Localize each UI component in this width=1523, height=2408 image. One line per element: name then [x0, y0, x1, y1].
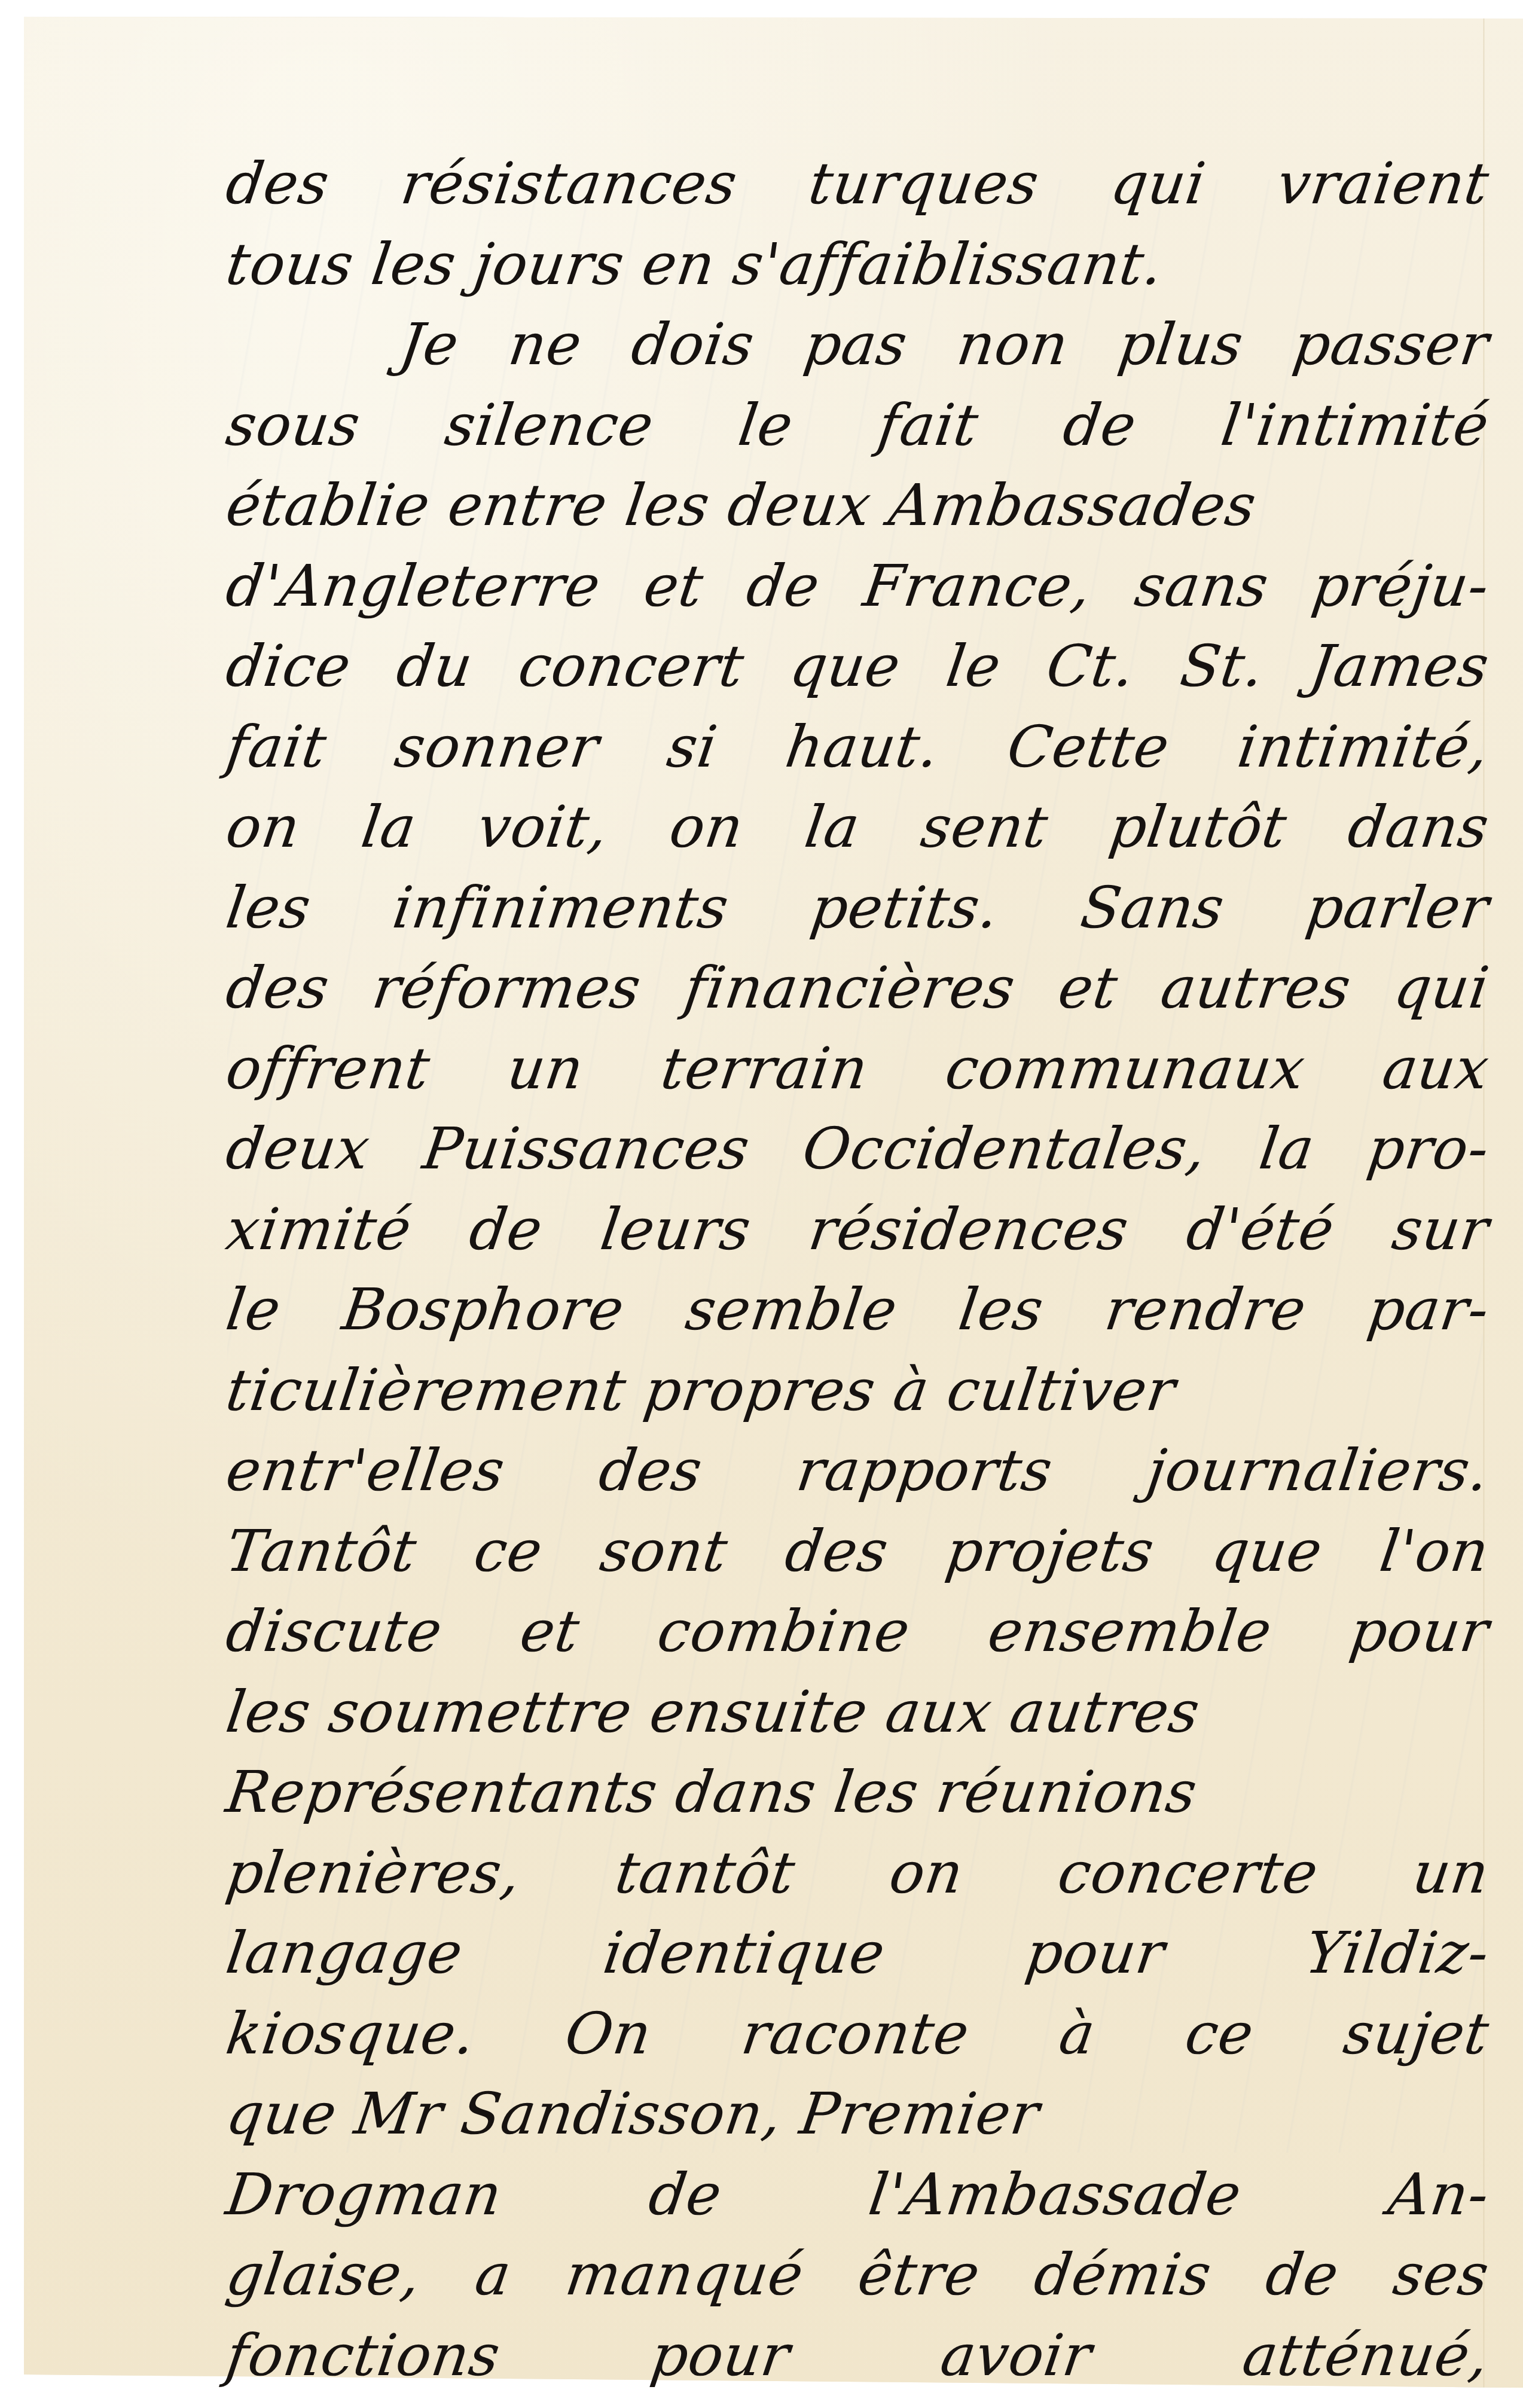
text-line: kiosque. On raconte à ce sujet [221, 1994, 1494, 2074]
text-line: des résistances turques qui vraient [221, 144, 1494, 224]
text-line: sous silence le fait de l'intimité [221, 385, 1494, 466]
text-line: dice du concert que le Ct. St. James [221, 626, 1494, 707]
text-line: langage identique pour Yildiz- [221, 1913, 1494, 1994]
text-line: d'Angleterre et de France, sans préju- [221, 546, 1494, 627]
text-line: Tantôt ce sont des projets que l'on [221, 1511, 1494, 1592]
text-line: on la voit, on la sent plutôt dans [221, 787, 1494, 868]
text-line: des réformes financières et autres qui [221, 948, 1494, 1028]
text-line: Je ne dois pas non plus passer [221, 304, 1494, 385]
text-line: tous les jours en s'affaiblissant. [221, 224, 1494, 305]
text-line: les soumettre ensuite aux autres [221, 1672, 1494, 1753]
text-line: Représentants dans les réunions [221, 1752, 1494, 1833]
text-line: ticulièrement propres à cultiver [221, 1350, 1494, 1431]
text-line: glaise, a manqué être démis de ses [221, 2235, 1494, 2315]
text-line: fonctions pour avoir atténué, [221, 2315, 1494, 2396]
text-line: deux Puissances Occidentales, la pro- [221, 1109, 1494, 1189]
text-line: fait sonner si haut. Cette intimité, [221, 707, 1494, 788]
text-line: les infiniments petits. Sans parler [221, 868, 1494, 948]
text-line: ximité de leurs résidences d'été sur [221, 1189, 1494, 1270]
text-line: discute et combine ensemble pour [221, 1591, 1494, 1672]
text-line: plenières, tantôt on concerte un [221, 1833, 1494, 1913]
text-line: offrent un terrain communaux aux [221, 1028, 1494, 1109]
text-line: le Bosphore semble les rendre par- [221, 1269, 1494, 1350]
text-line: que Mr Sandisson, Premier [221, 2074, 1494, 2154]
text-line: entr'elles des rapports journaliers. [221, 1430, 1494, 1511]
text-line: établie entre les deux Ambassades [221, 465, 1494, 546]
text-line: Drogman de l'Ambassade An- [221, 2154, 1494, 2235]
handwritten-text-block: des résistances turques qui vraient tous… [221, 144, 1483, 2395]
